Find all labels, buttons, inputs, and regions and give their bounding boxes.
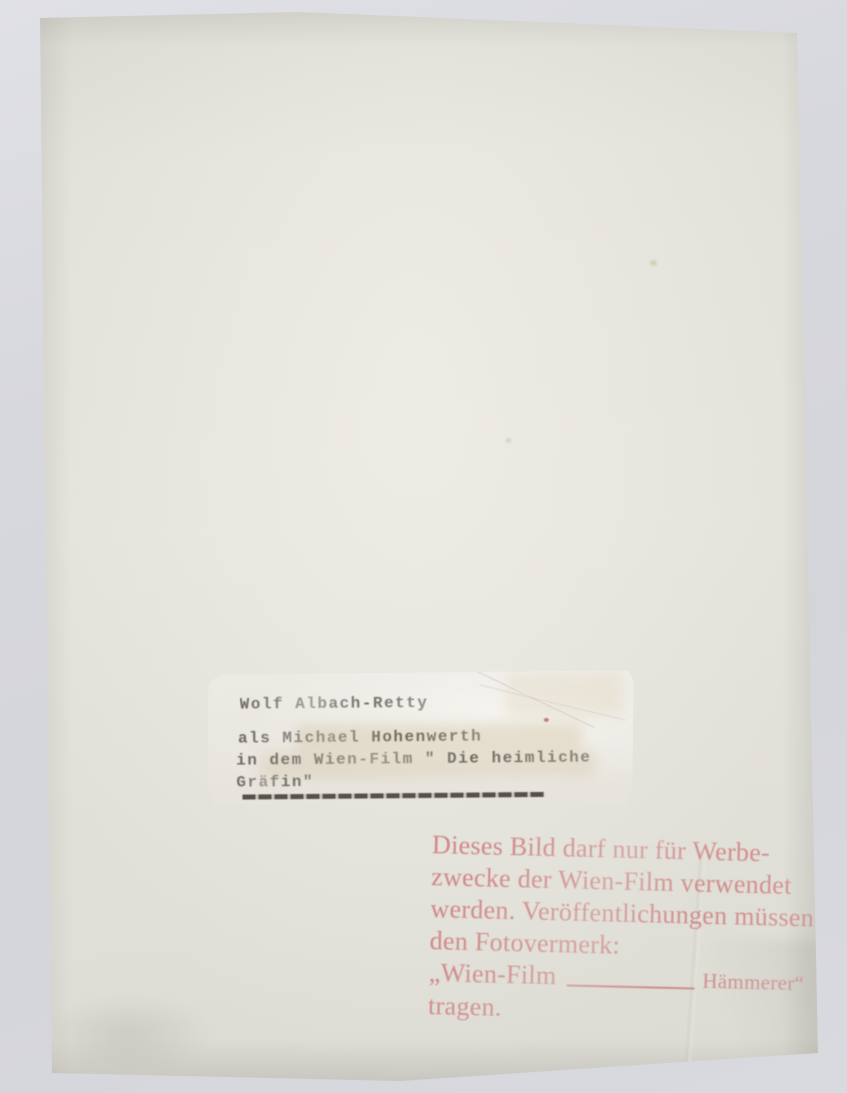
obliterated-typed-line: [242, 792, 544, 800]
stamp-fill-in-underline: [566, 984, 694, 989]
paper-smudge: [56, 995, 216, 1067]
paper-speck: [506, 438, 511, 443]
paper-speck: [650, 260, 657, 266]
typed-caption-line: als Michael Hohenwerth: [238, 727, 482, 747]
photo-card-back: Wolf Albach-Retty als Michael Hohenwerth…: [38, 10, 822, 1085]
typed-caption-line: in dem Wien-Film " Die heimliche: [236, 749, 591, 770]
stamp-brand-suffix: Hämmerer“: [702, 965, 805, 999]
usage-rights-stamp: Dieses Bild darf nur für Werbe- zwecke d…: [428, 829, 837, 1032]
ink-speck: [544, 718, 549, 722]
typed-caption-line: Wolf Albach-Retty: [240, 694, 429, 714]
typed-caption-line: Gräfin": [236, 773, 314, 792]
typed-caption-label: Wolf Albach-Retty als Michael Hohenwerth…: [207, 670, 634, 810]
photo-backdrop: Wolf Albach-Retty als Michael Hohenwerth…: [0, 0, 847, 1093]
stamp-brand-prefix: „Wien-Film: [429, 957, 557, 992]
